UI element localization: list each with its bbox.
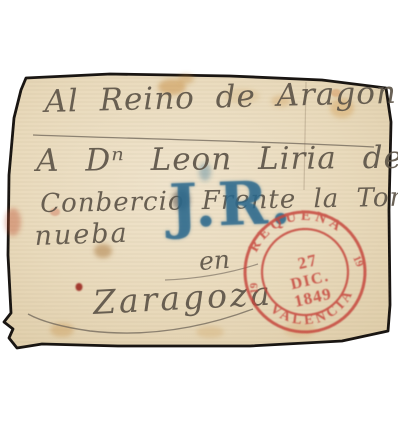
datestamp-left-number: 19	[248, 282, 261, 294]
postal-cover-photo: Al Reino de Aragon A Dⁿ Leon Liria del C…	[0, 0, 398, 425]
wax-dot	[76, 283, 83, 291]
address-line-4: nueba	[34, 218, 129, 252]
stain-foxing	[50, 323, 74, 337]
stain-foxing	[5, 208, 21, 236]
baeza-datestamp: REQUENA VALENCIA 19 19 27 DIC. 1849	[228, 195, 382, 349]
svg-text:REQUENA: REQUENA	[240, 198, 350, 257]
stain-foxing	[196, 326, 224, 338]
address-line-5: en	[198, 245, 231, 276]
datestamp-town: REQUENA	[240, 198, 350, 257]
